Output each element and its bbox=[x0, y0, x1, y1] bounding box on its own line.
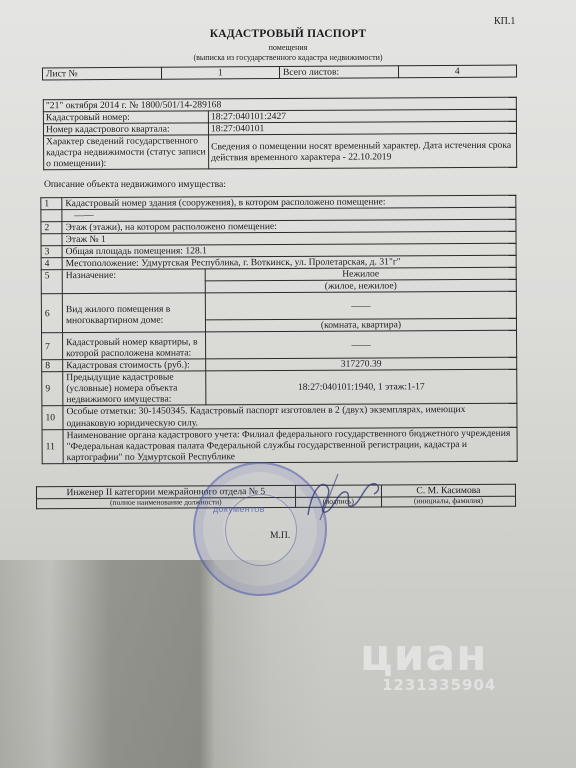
row-value: —— bbox=[206, 331, 517, 360]
row-number: 8 bbox=[42, 360, 63, 372]
sheet-label: Лист № bbox=[42, 67, 161, 80]
row-label: Наименование органа кадастрового учета: … bbox=[63, 427, 517, 463]
table-row: 9 Предыдущие кадастровые (условные) номе… bbox=[42, 370, 517, 407]
row-number: 9 bbox=[42, 372, 63, 406]
table-row: 7 Кадастровый номер квартиры, в которой … bbox=[42, 331, 517, 361]
row-label: Кадастровая стоимость (руб.): bbox=[63, 359, 206, 372]
row-number-empty bbox=[41, 210, 62, 222]
sheet-info-table: Лист № 1 Всего листов: 4 bbox=[42, 65, 517, 81]
watermark-brand: циан bbox=[360, 630, 488, 681]
row-number: 5 bbox=[41, 270, 62, 294]
quarter-number-label: Номер кадастрового квартала: bbox=[43, 123, 208, 136]
row-label: Назначение: bbox=[62, 269, 205, 294]
row-number: 1 bbox=[41, 198, 62, 210]
table-row: 10 Особые отметки: 30-1450345. Кадастров… bbox=[42, 404, 517, 430]
row-label: Особые отметки: 30-1450345. Кадастровый … bbox=[63, 404, 517, 429]
row-label: Кадастровый номер квартиры, в которой ра… bbox=[63, 332, 206, 360]
total-sheets-value: 4 bbox=[398, 65, 517, 78]
row-value: —— bbox=[205, 292, 516, 321]
document-note: (выписка из государственного кадастра не… bbox=[0, 53, 576, 62]
row-value: 18:27:040101:1940, 1 этаж:1-17 bbox=[206, 370, 517, 406]
row-number: 6 bbox=[41, 294, 62, 333]
total-sheets-label: Всего листов: bbox=[279, 66, 398, 79]
table-row: 11 Наименование органа кадастрового учет… bbox=[42, 427, 517, 464]
row-number: 2 bbox=[41, 222, 62, 234]
description-heading: Описание объекта недвижимого имущества: bbox=[44, 179, 226, 190]
table-row: Характер сведений государственного кадас… bbox=[44, 133, 517, 170]
row-number-empty bbox=[41, 234, 62, 246]
row-label: Предыдущие кадастровые (условные) номера… bbox=[63, 371, 206, 406]
name-caption: (инициалы, фамилия) bbox=[381, 496, 515, 506]
table-row: 6 Вид жилого помещения в многоквартирном… bbox=[41, 292, 516, 321]
header-table: "21" октября 2014 г. № 1800/501/14-28916… bbox=[43, 97, 517, 171]
watermark-id: 1231335904 bbox=[382, 676, 496, 694]
form-code: КП.1 bbox=[494, 16, 515, 27]
cadastral-number-label: Кадастровый номер: bbox=[43, 111, 208, 124]
row-number: 3 bbox=[41, 246, 62, 258]
document-title: КАДАСТРОВЫЙ ПАСПОРТ bbox=[0, 28, 576, 40]
photo-shadow bbox=[0, 560, 576, 768]
document-subtitle: помещения bbox=[0, 43, 576, 52]
object-description-table: 1 Кадастровый номер здания (сооружения),… bbox=[40, 195, 517, 464]
row-number: 4 bbox=[41, 258, 62, 270]
sheet-number: 1 bbox=[161, 67, 280, 80]
row-number: 11 bbox=[42, 429, 63, 463]
record-status-value: Сведения о помещении носят временный хар… bbox=[209, 133, 517, 169]
stamp-text: документов bbox=[213, 504, 265, 514]
signature-scribble-icon bbox=[298, 470, 388, 525]
record-status-label: Характер сведений государственного кадас… bbox=[44, 135, 209, 170]
row-number: 10 bbox=[42, 406, 63, 429]
row-label: Вид жилого помещения в многоквартирном д… bbox=[62, 293, 205, 333]
signer-name: С. М. Касимова bbox=[381, 484, 515, 497]
row-number: 7 bbox=[42, 333, 63, 360]
